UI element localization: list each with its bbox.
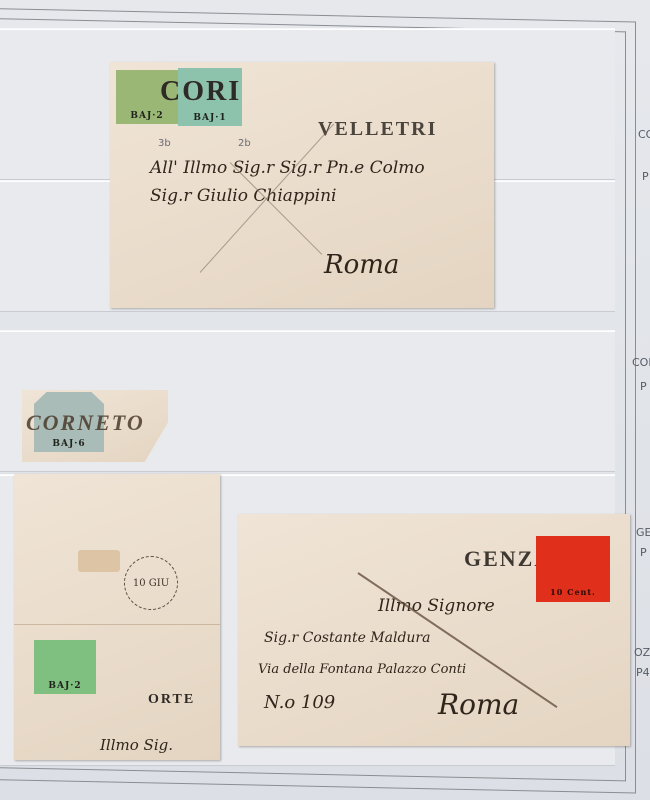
address-line: Sig.r Giulio Chiappini [150, 186, 337, 206]
address-line: Illmo Sig. [100, 736, 173, 754]
margin-note: COR [632, 356, 650, 369]
cover-genzano[interactable]: GENZANO 10 Cent. Illmo Signore Sig.r Cos… [238, 514, 630, 746]
address-line: N.o 109 [264, 692, 335, 713]
album-page: CO P COR P GE P OZ P4 BAJ·2 BAJ·1 CORI 3… [0, 0, 650, 800]
margin-note: P [640, 380, 647, 393]
margin-note: OZ [634, 646, 650, 659]
circular-date-stamp: 10 GIU [124, 556, 178, 610]
cancel-on-stamps: CORI [160, 76, 241, 108]
address-line: Via della Fontana Palazzo Conti [258, 662, 466, 677]
address-line: Roma [324, 250, 399, 280]
margin-note: P4 [636, 666, 650, 679]
margin-note: P [642, 170, 649, 183]
fold-line [14, 624, 220, 625]
pencil-note: 2b [238, 138, 251, 149]
margin-note: GE [636, 526, 650, 539]
margin-note: CO [638, 128, 650, 141]
margin-note: P [640, 546, 647, 559]
fragment-corneto[interactable]: BAJ·6 CORNETO [22, 390, 168, 462]
cover-velletri[interactable]: BAJ·2 BAJ·1 CORI 3b 2b VELLETRI All' Ill… [110, 62, 494, 308]
postmark: ORTE [148, 692, 195, 708]
cover-orte[interactable]: 10 GIU BAJ·2 ORTE Illmo Sig. [14, 474, 220, 760]
address-line: Sig.r Costante Maldura [264, 630, 430, 646]
stamp-baj2-green: BAJ·2 [34, 640, 96, 694]
address-line: Roma [438, 688, 519, 721]
hinge-mark [78, 550, 120, 572]
postmark: CORNETO [26, 410, 145, 436]
stamp-10cent-red: 10 Cent. [536, 536, 610, 602]
pencil-note: 3b [158, 138, 171, 149]
postmark: VELLETRI [318, 118, 437, 141]
